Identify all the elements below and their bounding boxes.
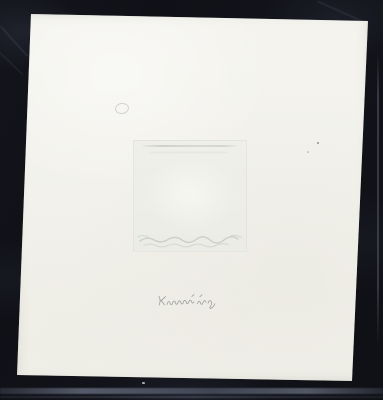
faint-stamp-impression	[133, 140, 247, 252]
impression-top-frame-line	[143, 145, 237, 147]
impression-bottom-ornament-ghost	[134, 231, 246, 251]
photo-of-die-proof: Kaušák	[0, 0, 383, 400]
signature-handwriting-strokes	[156, 291, 219, 313]
engraver-signature: Kaušák	[156, 291, 219, 313]
impression-inner-frame-line	[150, 152, 228, 153]
proof-sheet-paper: Kaušák	[17, 14, 368, 381]
dust-speck-on-paper-1	[317, 142, 319, 144]
circular-paper-mark	[114, 102, 129, 115]
dust-speck-on-paper-2	[307, 151, 309, 153]
